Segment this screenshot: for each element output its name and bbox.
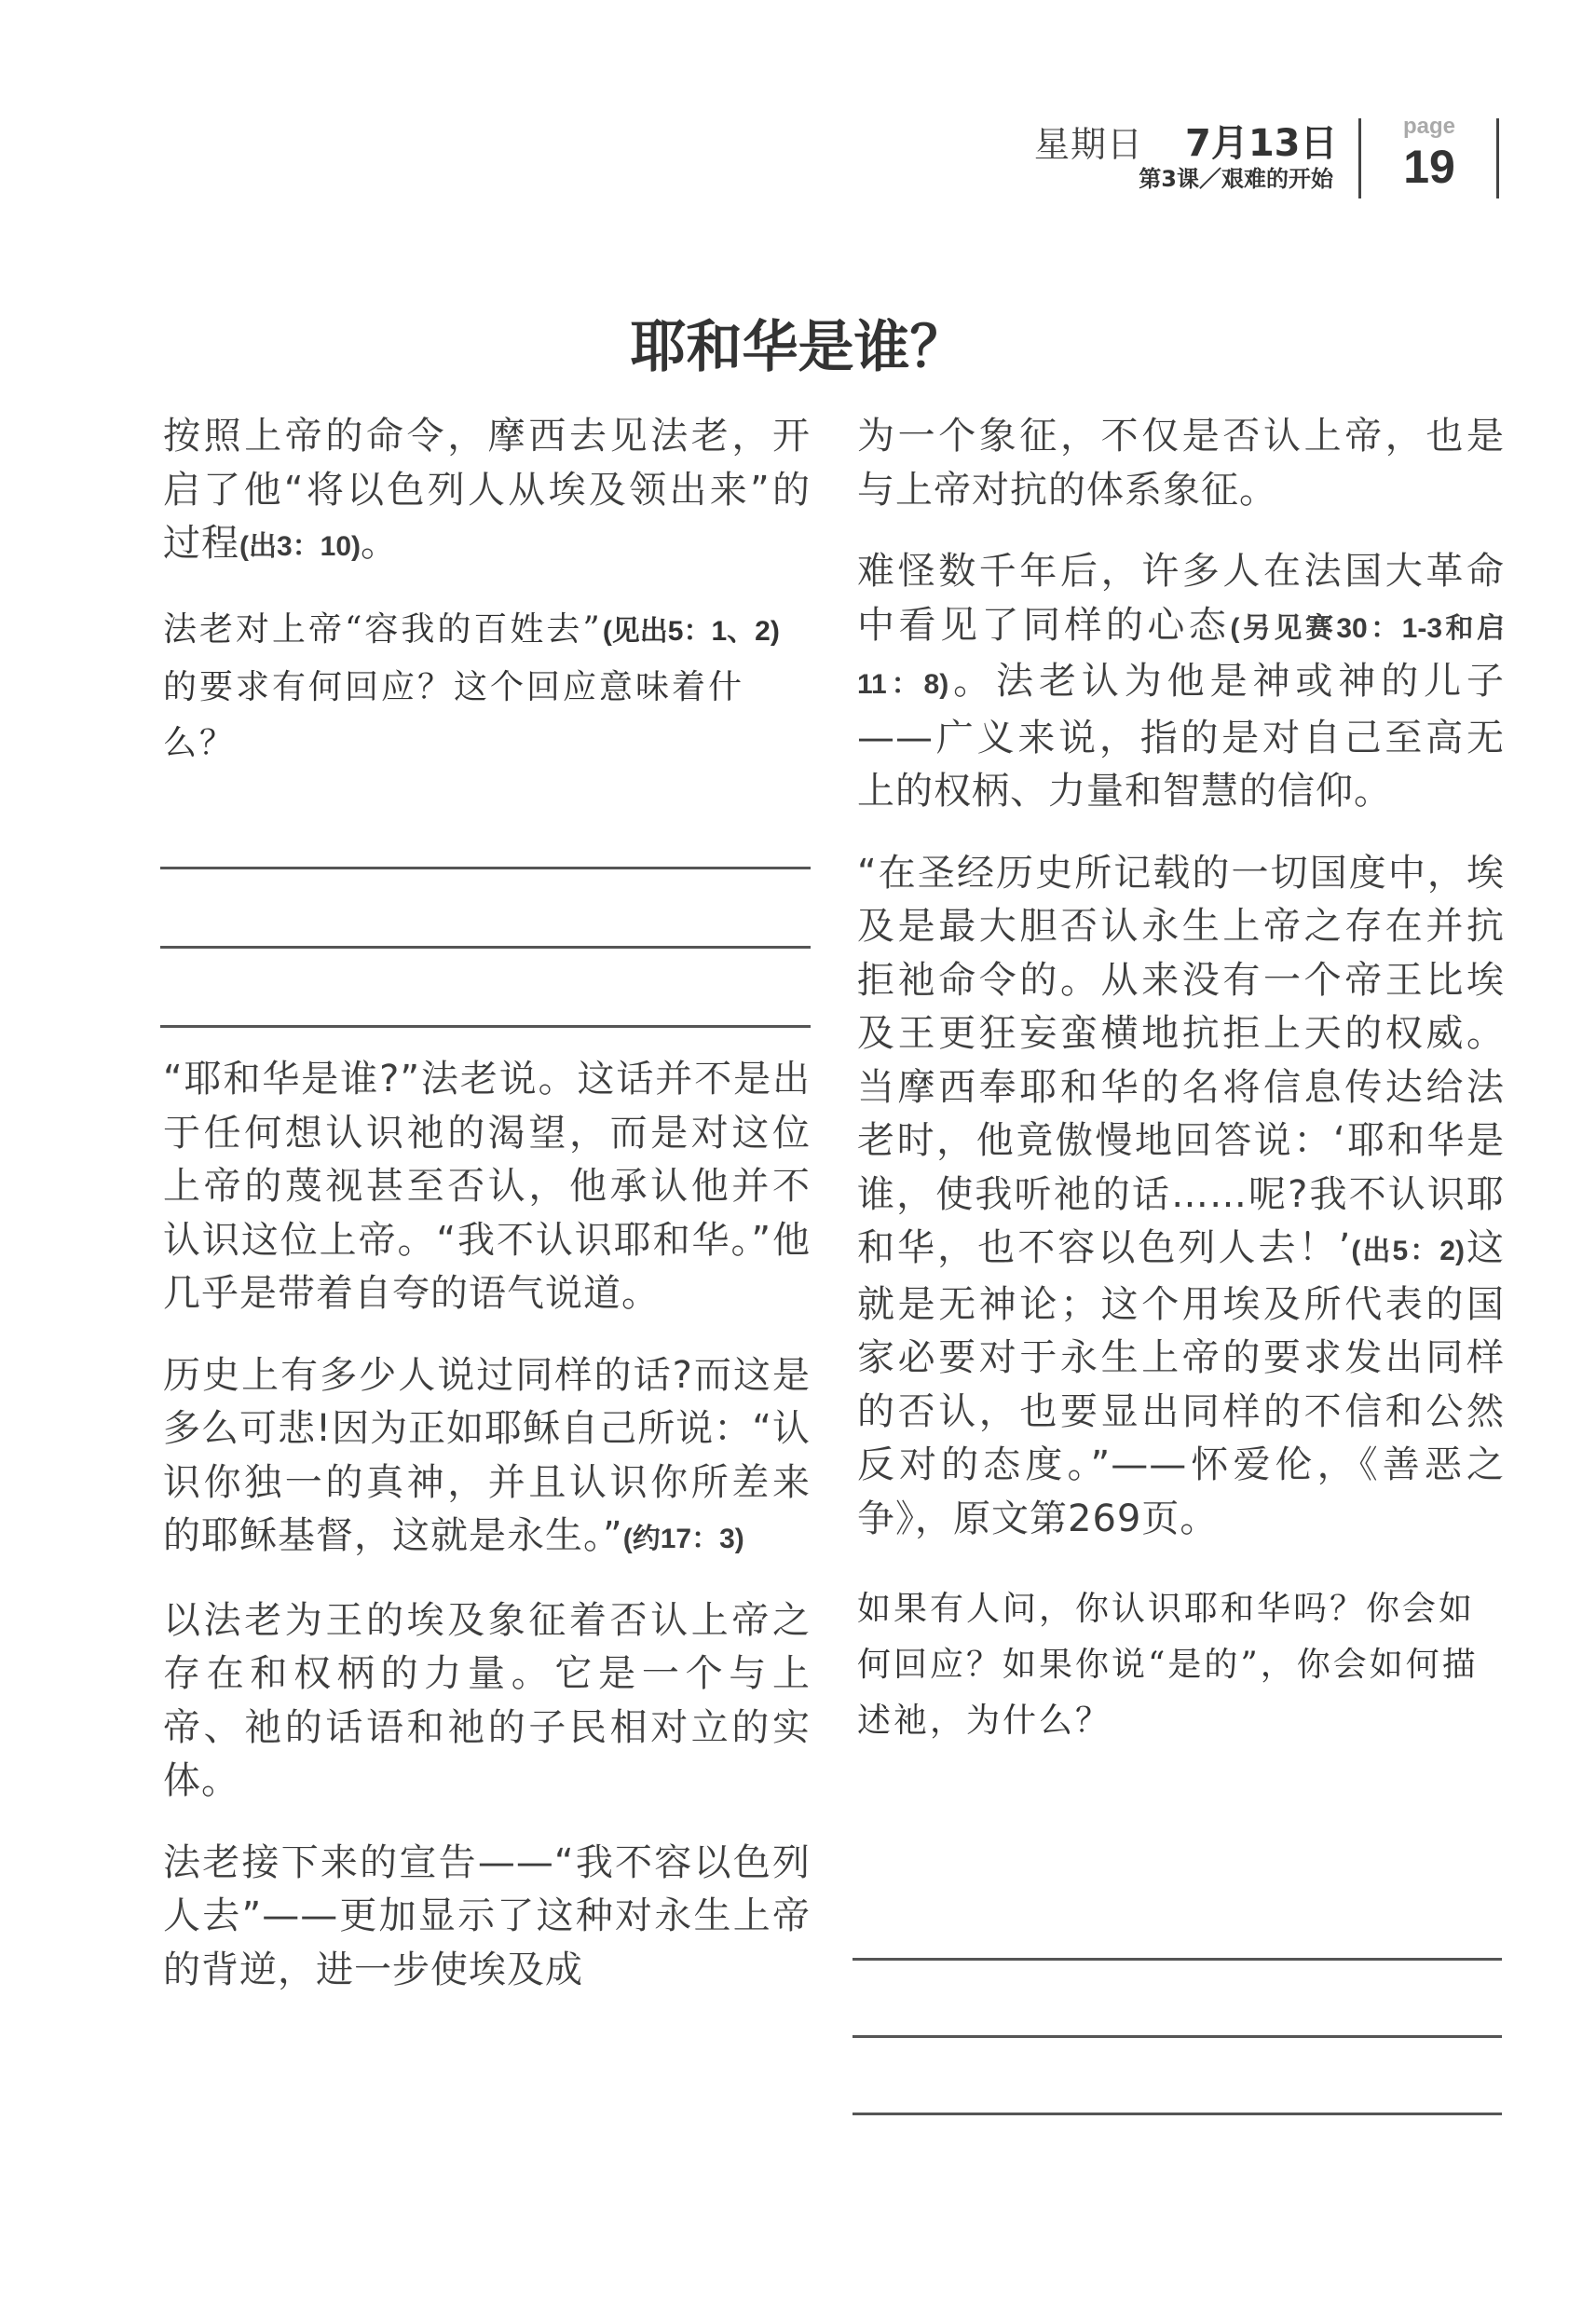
quote-text: “在圣经历史所记载的一切国度中，埃及是最大胆否认永生上帝之存在并抗拒祂命令的。从… — [857, 852, 1505, 1270]
page-title: 耶和华是谁？ — [0, 303, 1596, 383]
header-divider-right — [1496, 118, 1499, 198]
lesson-title: 第3课／艰难的开始 — [1139, 160, 1333, 193]
paragraph-declaration: 法老接下来的宣告——“我不容以色列人去”——更加显示了这种对永生上帝的背逆，进一… — [163, 1837, 811, 1998]
page-number: 19 — [1362, 140, 1496, 194]
left-column: 按照上帝的命令，摩西去见法老，开启了他“将以色列人从埃及领出来”的过程(出3：1… — [163, 410, 811, 772]
header-divider-left — [1358, 118, 1361, 198]
right-column: 为一个象征，不仅是否认上帝，也是与上帝对抗的体系象征。 难怪数千年后，许多人在法… — [857, 410, 1505, 1749]
answer-line[interactable] — [160, 1025, 811, 1028]
quote-text: 这就是无神论；这个用埃及所代表的国家必要对于永生上帝的要求发出同样的否认，也要显… — [857, 1226, 1505, 1540]
question-text: 法老对上帝“容我的百姓去” — [163, 610, 603, 649]
scripture-ref: (约17：3) — [623, 1524, 744, 1554]
scripture-ref: (出5：2) — [1351, 1236, 1465, 1266]
answer-line[interactable] — [160, 867, 811, 869]
study-question-2: 如果有人问，你认识耶和华吗？你会如何回应？如果你说“是的”，你会如何描述祂，为什… — [857, 1581, 1505, 1749]
study-question-1: 法老对上帝“容我的百姓去”(见出5：1、2)的要求有何回应？这个回应意味着什么？ — [163, 602, 811, 772]
scripture-ref: (见出5：1、2) — [603, 616, 780, 647]
paragraph-intro: 按照上帝的命令，摩西去见法老，开启了他“将以色列人从埃及领出来”的过程(出3：1… — [163, 410, 811, 574]
answer-line[interactable] — [853, 2035, 1502, 2038]
question-text: 的要求有何回应？这个回应意味着什么？ — [163, 668, 744, 762]
paragraph-continuation: 为一个象征，不仅是否认上帝，也是与上帝对抗的体系象征。 — [857, 410, 1505, 517]
paragraph-end: 。 — [361, 522, 399, 565]
page-label: page — [1362, 114, 1496, 140]
paragraph-who-is-lord: “耶和华是谁?”法老说。这话并不是出于任何想认识祂的渴望，而是对这位上帝的蔑视甚… — [163, 1053, 811, 1321]
header-day: 星期日 — [1034, 116, 1143, 167]
scripture-ref: (出3：10) — [239, 531, 361, 562]
header-date: 7月13日 — [1185, 114, 1338, 167]
paragraph-quote-white: “在圣经历史所记载的一切国度中，埃及是最大胆否认永生上帝之存在并抗拒祂命令的。从… — [857, 847, 1505, 1547]
answer-line[interactable] — [160, 946, 811, 949]
paragraph-french-revolution: 难怪数千年后，许多人在法国大革命中看见了同样的心态(另见赛30：1-3和启11：… — [857, 545, 1505, 819]
answer-line[interactable] — [853, 1958, 1502, 1961]
paragraph-history: 历史上有多少人说过同样的话?而这是多么可悲!因为正如耶稣自己所说：“认识你独一的… — [163, 1349, 811, 1566]
left-column-lower: “耶和华是谁?”法老说。这话并不是出于任何想认识祂的渴望，而是对这位上帝的蔑视甚… — [163, 1053, 811, 1997]
paragraph-text: 。法老认为他是神或神的儿子——广义来说，指的是对自己至高无上的权柄、力量和智慧的… — [857, 660, 1505, 813]
paragraph-egypt-symbol: 以法老为王的埃及象征着否认上帝之存在和权柄的力量。它是一个与上帝、祂的话语和祂的… — [163, 1594, 811, 1809]
answer-line[interactable] — [853, 2113, 1502, 2115]
